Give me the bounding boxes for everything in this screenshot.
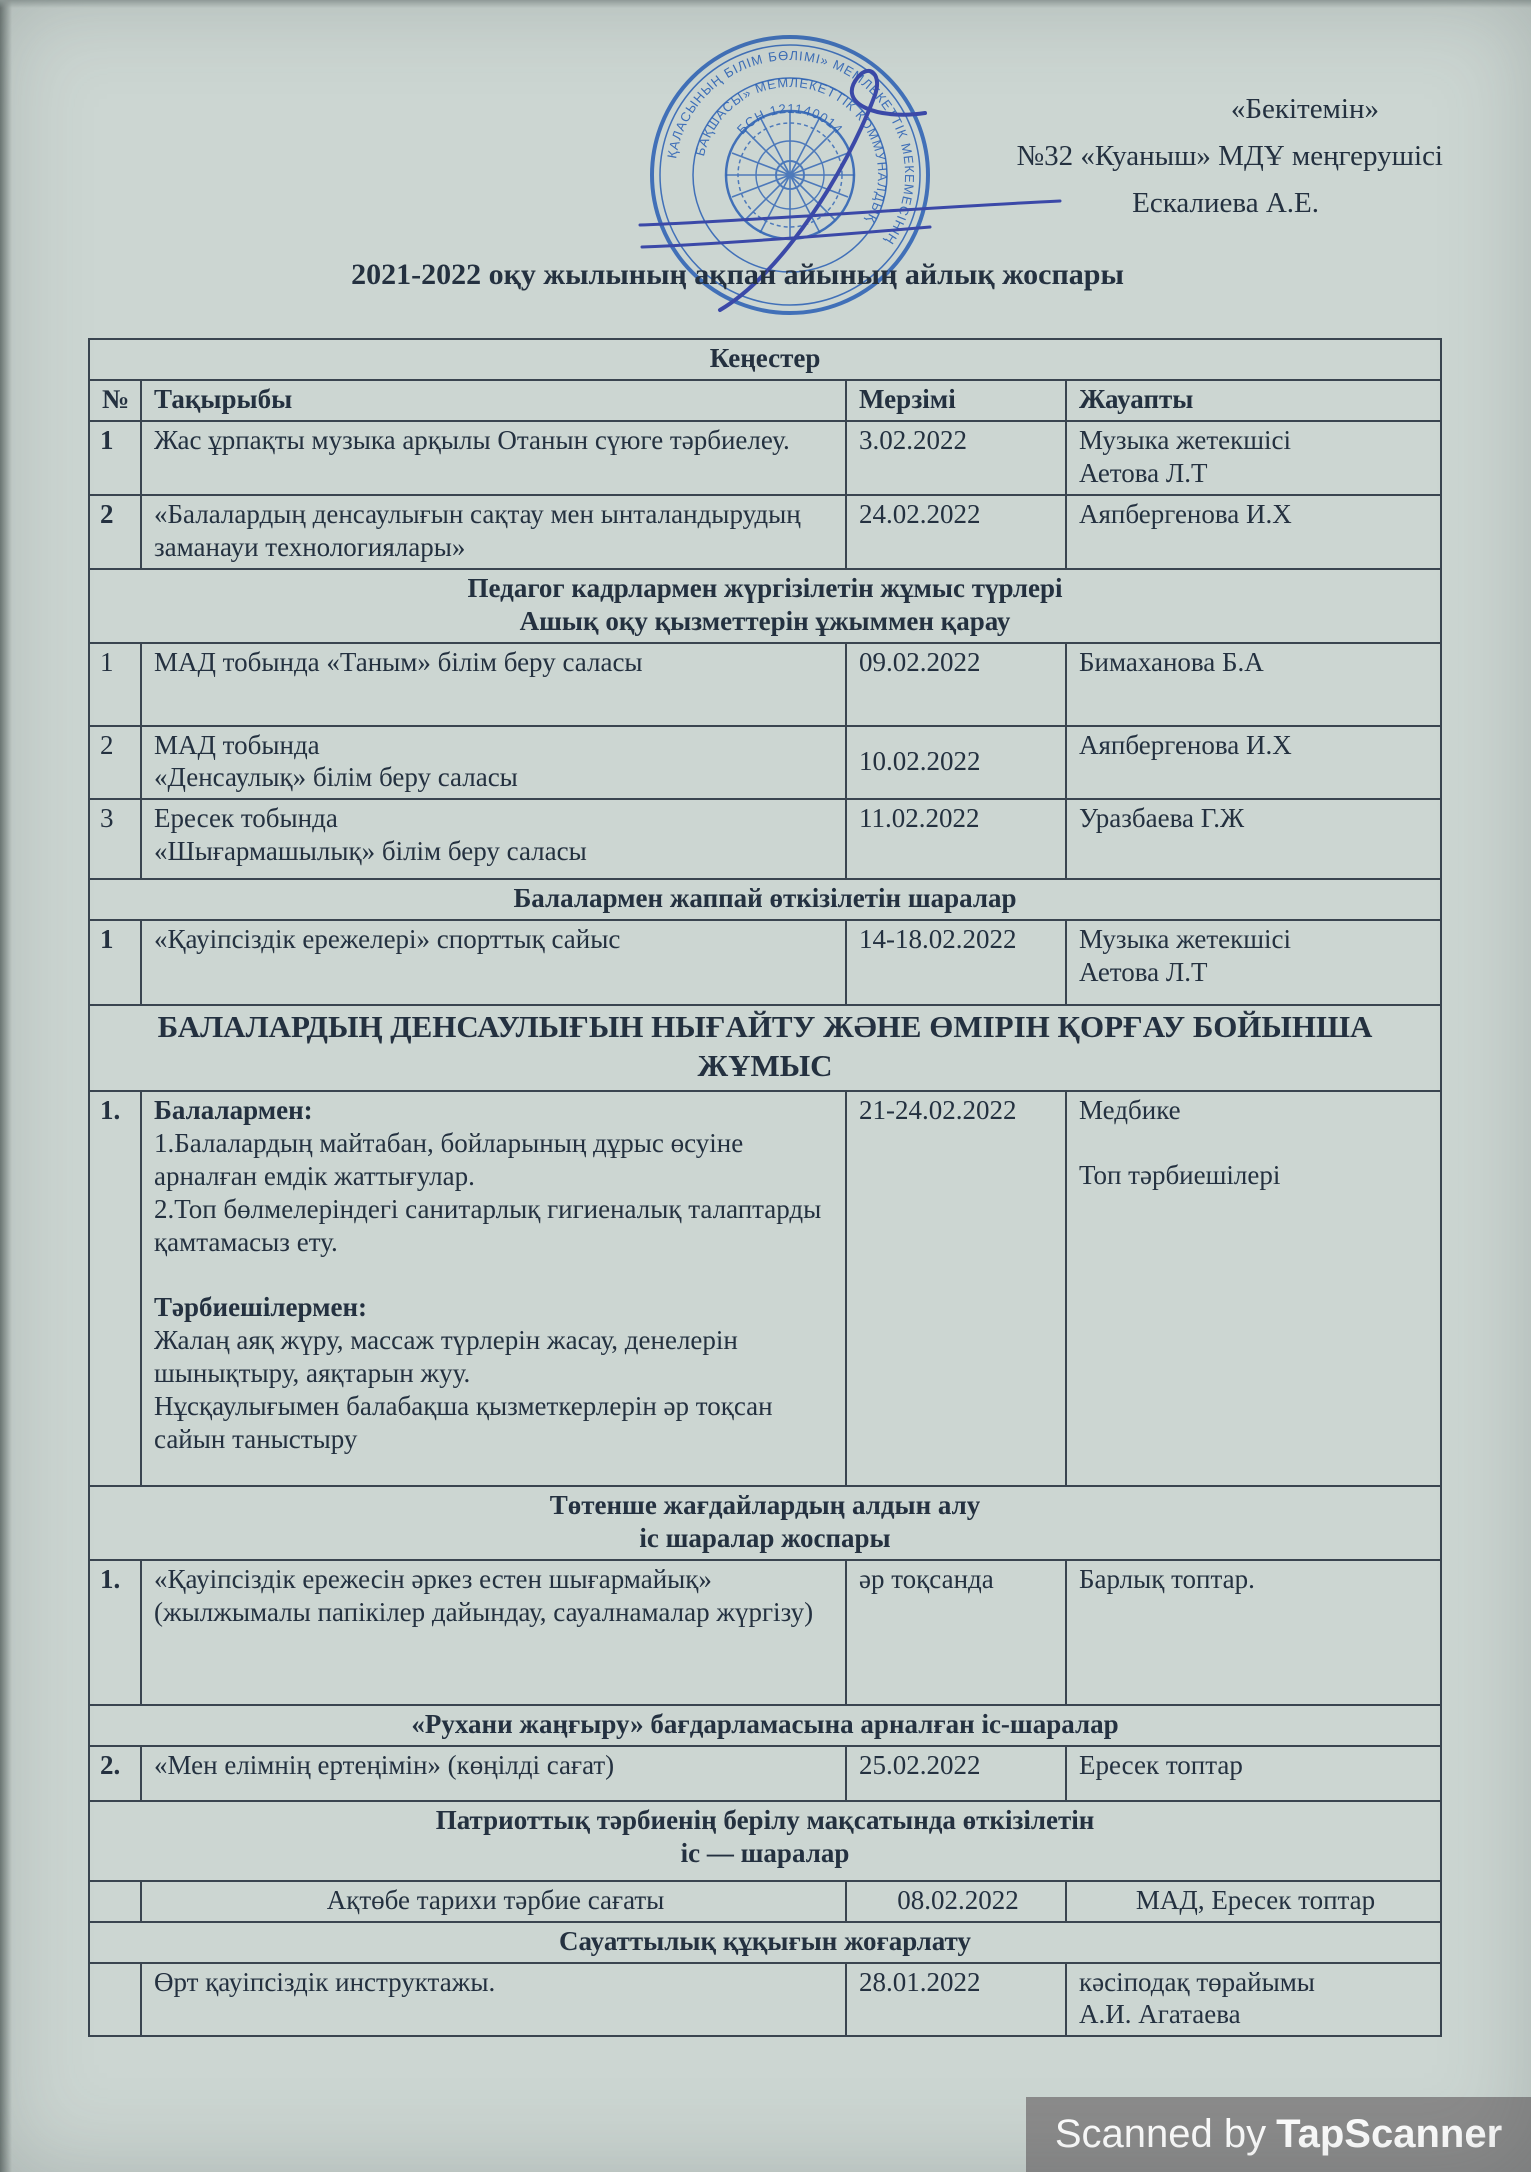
section-title-cell: Төтенше жағдайлардың алдын алуіс шаралар… bbox=[89, 1486, 1441, 1560]
text-line: «Мен елімнің ертеңімін» (көңілді сағат) bbox=[154, 1749, 837, 1782]
text-line: «Қауіпсіздік ережесін әркез естен шығарм… bbox=[154, 1563, 837, 1629]
text-line: Аяпбергенова И.Х bbox=[1079, 729, 1432, 762]
scan-edge-shadow-top bbox=[0, 0, 1531, 8]
row-number-cell: 1 bbox=[89, 421, 141, 495]
column-header: Тақырыбы bbox=[141, 380, 846, 421]
responsible-cell: МАД, Ересек топтар bbox=[1066, 1881, 1441, 1922]
page-title: 2021-2022 оқу жылының ақпан айының айлық… bbox=[0, 258, 1503, 292]
row-number-cell: 2 bbox=[89, 495, 141, 569]
table-row: 2МАД тобында«Денсаулық» білім беру салас… bbox=[89, 726, 1441, 800]
topic-cell: «Мен елімнің ертеңімін» (көңілді сағат) bbox=[141, 1746, 846, 1801]
topic-cell: Жас ұрпақты музыка арқылы Отанын сүюге т… bbox=[141, 421, 846, 495]
text-line: Кеңестер bbox=[110, 342, 1420, 375]
text-line: «Шығармашылық» білім беру саласы bbox=[154, 835, 837, 868]
responsible-cell: Аяпбергенова И.Х bbox=[1066, 726, 1441, 800]
section-row: Патриоттық тәрбиенің берілу мақсатында ө… bbox=[89, 1801, 1441, 1881]
text-line: Ересек тобында bbox=[154, 802, 837, 835]
topic-cell: «Балалардың денсаулығын сақтау мен ынтал… bbox=[141, 495, 846, 569]
topic-cell: Ересек тобында«Шығармашылық» білім беру … bbox=[141, 799, 846, 879]
table-row: Ақтөбе тарихи тәрбие сағаты08.02.2022МАД… bbox=[89, 1881, 1441, 1922]
section-title-cell: «Рухани жаңғыру» бағдарламасына арналған… bbox=[89, 1705, 1441, 1746]
text-line: Музыка жетекшісі bbox=[1079, 424, 1432, 457]
section-row: «Рухани жаңғыру» бағдарламасына арналған… bbox=[89, 1705, 1441, 1746]
text-line: Ашық оқу қызметтерін ұжыммен қарау bbox=[110, 605, 1420, 638]
section-title-cell: Кеңестер bbox=[89, 339, 1441, 380]
topic-cell: Өрт қауіпсіздік инструктажы. bbox=[141, 1963, 846, 2037]
responsible-cell: Бимаханова Б.А bbox=[1066, 643, 1441, 726]
text-line bbox=[1079, 1127, 1432, 1159]
section-row: Кеңестер bbox=[89, 339, 1441, 380]
text-line: Сауаттылық құқығын жоғарлату bbox=[110, 1925, 1420, 1958]
stamp-bsn-label: БСН 121140014 bbox=[734, 101, 846, 137]
date-cell: 28.01.2022 bbox=[846, 1963, 1066, 2037]
section-row: Педагог кадрлармен жүргізілетін жұмыс тү… bbox=[89, 569, 1441, 643]
column-header: Мерзімі bbox=[846, 380, 1066, 421]
text-line: Барлық топтар. bbox=[1079, 1563, 1432, 1596]
topic-cell: «Қауіпсіздік ережесін әркез естен шығарм… bbox=[141, 1560, 846, 1705]
section-row: БАЛАЛАРДЫҢ ДЕНСАУЛЫҒЫН НЫҒАЙТУ ЖӘНЕ ӨМІР… bbox=[89, 1005, 1441, 1091]
table-row: 3Ересек тобында«Шығармашылық» білім беру… bbox=[89, 799, 1441, 879]
row-number-cell: 1. bbox=[89, 1091, 141, 1486]
date-cell: 3.02.2022 bbox=[846, 421, 1066, 495]
text-line: 2.Топ бөлмелеріндегі санитарлық гигиенал… bbox=[154, 1193, 837, 1259]
row-number-cell: 1. bbox=[89, 1560, 141, 1705]
responsible-cell: Музыка жетекшісіАетова Л.Т bbox=[1066, 421, 1441, 495]
text-line: Тәрбиешілермен: bbox=[154, 1291, 837, 1324]
text-line: «Балалардың денсаулығын сақтау мен ынтал… bbox=[154, 498, 837, 564]
approval-line: Ескалиева А.Е. bbox=[1017, 180, 1443, 227]
stamp-outer-ring-label: ҚАЛАСЫНЫҢ БІЛІМ БӨЛІМІ» МЕМЛЕКЕТТІК МЕКЕ… bbox=[664, 48, 917, 248]
date-cell: 09.02.2022 bbox=[846, 643, 1066, 726]
table-row: 1«Қауіпсіздік ережелері» спорттық сайыс1… bbox=[89, 920, 1441, 1005]
text-line: Балалармен жаппай өткізілетін шаралар bbox=[110, 882, 1420, 915]
approval-line: «Бекітемін» bbox=[1017, 86, 1443, 133]
stamp-emblem bbox=[726, 111, 854, 239]
table-row: 2«Балалардың денсаулығын сақтау мен ынта… bbox=[89, 495, 1441, 569]
text-line bbox=[154, 1259, 837, 1291]
text-line: Топ тәрбиешілері bbox=[1079, 1159, 1432, 1192]
text-line: Педагог кадрлармен жүргізілетін жұмыс тү… bbox=[110, 572, 1420, 605]
text-line: Төтенше жағдайлардың алдын алу bbox=[110, 1489, 1420, 1522]
responsible-cell: Барлық топтар. bbox=[1066, 1560, 1441, 1705]
text-line: МАД тобында «Таным» білім беру саласы bbox=[154, 646, 837, 679]
date-cell: 25.02.2022 bbox=[846, 1746, 1066, 1801]
text-line: Аетова Л.Т bbox=[1079, 457, 1432, 490]
topic-cell: Балалармен:1.Балалардың майтабан, бойлар… bbox=[141, 1091, 846, 1486]
text-line: «Рухани жаңғыру» бағдарламасына арналған… bbox=[110, 1708, 1420, 1741]
section-title-cell: Педагог кадрлармен жүргізілетін жұмыс тү… bbox=[89, 569, 1441, 643]
scan-edge-shadow bbox=[0, 0, 12, 2172]
scanner-watermark: Scanned by TapScanner bbox=[1026, 2097, 1531, 2172]
text-line: ЖҰМЫС bbox=[110, 1047, 1420, 1086]
column-header: № bbox=[89, 380, 141, 421]
text-line: Аяпбергенова И.Х bbox=[1079, 498, 1432, 531]
text-line: МАД тобында bbox=[154, 729, 837, 762]
text-line: Жас ұрпақты музыка арқылы Отанын сүюге т… bbox=[154, 424, 837, 457]
text-line: Патриоттық тәрбиенің берілу мақсатында ө… bbox=[110, 1804, 1420, 1837]
section-title-cell: Патриоттық тәрбиенің берілу мақсатында ө… bbox=[89, 1801, 1441, 1881]
row-number-cell bbox=[89, 1881, 141, 1922]
row-number-cell: 3 bbox=[89, 799, 141, 879]
text-line: «Денсаулық» білім беру саласы bbox=[154, 761, 837, 794]
responsible-cell: Ересек топтар bbox=[1066, 1746, 1441, 1801]
date-cell: 24.02.2022 bbox=[846, 495, 1066, 569]
table-row: Өрт қауіпсіздік инструктажы.28.01.2022кә… bbox=[89, 1963, 1441, 2037]
text-line: іс шаралар жоспары bbox=[110, 1522, 1420, 1555]
text-line: Аетова Л.Т bbox=[1079, 956, 1432, 989]
text-line: Медбике bbox=[1079, 1094, 1432, 1127]
text-line: Бимаханова Б.А bbox=[1079, 646, 1432, 679]
text-line: МАД, Ересек топтар bbox=[1079, 1884, 1432, 1917]
responsible-cell: Аяпбергенова И.Х bbox=[1066, 495, 1441, 569]
text-line: БАЛАЛАРДЫҢ ДЕНСАУЛЫҒЫН НЫҒАЙТУ ЖӘНЕ ӨМІР… bbox=[110, 1008, 1420, 1047]
table-row: 1Жас ұрпақты музыка арқылы Отанын сүюге … bbox=[89, 421, 1441, 495]
text-line: 1.Балалардың майтабан, бойларының дұрыс … bbox=[154, 1127, 837, 1193]
table-row: 1.Балалармен:1.Балалардың майтабан, бойл… bbox=[89, 1091, 1441, 1486]
table-row: 1МАД тобында «Таным» білім беру саласы09… bbox=[89, 643, 1441, 726]
plan-table-body: Кеңестер№ТақырыбыМерзіміЖауапты1Жас ұрпа… bbox=[89, 339, 1441, 2036]
responsible-cell: Уразбаева Г.Ж bbox=[1066, 799, 1441, 879]
row-number-cell: 1 bbox=[89, 643, 141, 726]
text-line: Өрт қауіпсіздік инструктажы. bbox=[154, 1966, 837, 1999]
stamp-inner-ring-label: БАҚШАСЫ» МЕМЛЕКЕТТІК КОММУНАЛДЫҚ bbox=[692, 75, 890, 226]
row-number-cell: 2. bbox=[89, 1746, 141, 1801]
text-line: Ересек топтар bbox=[1079, 1749, 1432, 1782]
text-line: Жалаң аяқ жүру, массаж түрлерін жасау, д… bbox=[154, 1324, 837, 1390]
approval-block: «Бекітемін» №32 «Куаныш» МДҰ меңгерушісі… bbox=[1017, 86, 1443, 227]
text-line: кәсіподақ төрайымы bbox=[1079, 1966, 1432, 1999]
responsible-cell: Музыка жетекшісі Аетова Л.Т bbox=[1066, 920, 1441, 1005]
column-header: Жауапты bbox=[1066, 380, 1441, 421]
row-number-cell: 1 bbox=[89, 920, 141, 1005]
topic-cell: МАД тобында «Таным» білім беру саласы bbox=[141, 643, 846, 726]
date-cell: әр тоқсанда bbox=[846, 1560, 1066, 1705]
responsible-cell: кәсіподақ төрайымыА.И. Агатаева bbox=[1066, 1963, 1441, 2037]
section-row: Балалармен жаппай өткізілетін шаралар bbox=[89, 879, 1441, 920]
section-title-cell: Сауаттылық құқығын жоғарлату bbox=[89, 1922, 1441, 1963]
date-cell: 21-24.02.2022 bbox=[846, 1091, 1066, 1486]
row-number-cell bbox=[89, 1963, 141, 2037]
section-title-cell: БАЛАЛАРДЫҢ ДЕНСАУЛЫҒЫН НЫҒАЙТУ ЖӘНЕ ӨМІР… bbox=[89, 1005, 1441, 1091]
date-cell: 08.02.2022 bbox=[846, 1881, 1066, 1922]
text-line: іс — шаралар bbox=[110, 1837, 1420, 1870]
watermark-brand: TapScanner bbox=[1276, 2112, 1502, 2157]
date-cell: 14-18.02.2022 bbox=[846, 920, 1066, 1005]
approval-line: №32 «Куаныш» МДҰ меңгерушісі bbox=[1017, 133, 1443, 180]
topic-cell: МАД тобында«Денсаулық» білім беру саласы bbox=[141, 726, 846, 800]
topic-cell: «Қауіпсіздік ережелері» спорттық сайыс bbox=[141, 920, 846, 1005]
text-line: Ақтөбе тарихи тәрбие сағаты bbox=[154, 1884, 837, 1917]
text-line: Музыка жетекшісі bbox=[1079, 923, 1432, 956]
column-header-row: №ТақырыбыМерзіміЖауапты bbox=[89, 380, 1441, 421]
watermark-prefix: Scanned by bbox=[1055, 2112, 1266, 2157]
text-line: Уразбаева Г.Ж bbox=[1079, 802, 1432, 835]
text-line: А.И. Агатаева bbox=[1079, 1998, 1432, 2031]
text-line: Балалармен: bbox=[154, 1094, 837, 1127]
plan-table: Кеңестер№ТақырыбыМерзіміЖауапты1Жас ұрпа… bbox=[88, 338, 1442, 2037]
section-row: Сауаттылық құқығын жоғарлату bbox=[89, 1922, 1441, 1963]
section-row: Төтенше жағдайлардың алдын алуіс шаралар… bbox=[89, 1486, 1441, 1560]
section-title-cell: Балалармен жаппай өткізілетін шаралар bbox=[89, 879, 1441, 920]
text-line: Нұсқаулығымен балабақша қызметкерлерін ә… bbox=[154, 1390, 837, 1456]
topic-cell: Ақтөбе тарихи тәрбие сағаты bbox=[141, 1881, 846, 1922]
table-row: 1.«Қауіпсіздік ережесін әркез естен шыға… bbox=[89, 1560, 1441, 1705]
text-line: «Қауіпсіздік ережелері» спорттық сайыс bbox=[154, 923, 837, 956]
date-cell: 11.02.2022 bbox=[846, 799, 1066, 879]
table-row: 2.«Мен елімнің ертеңімін» (көңілді сағат… bbox=[89, 1746, 1441, 1801]
row-number-cell: 2 bbox=[89, 726, 141, 800]
responsible-cell: МедбикеТоп тәрбиешілері bbox=[1066, 1091, 1441, 1486]
date-cell: 10.02.2022 bbox=[846, 726, 1066, 800]
